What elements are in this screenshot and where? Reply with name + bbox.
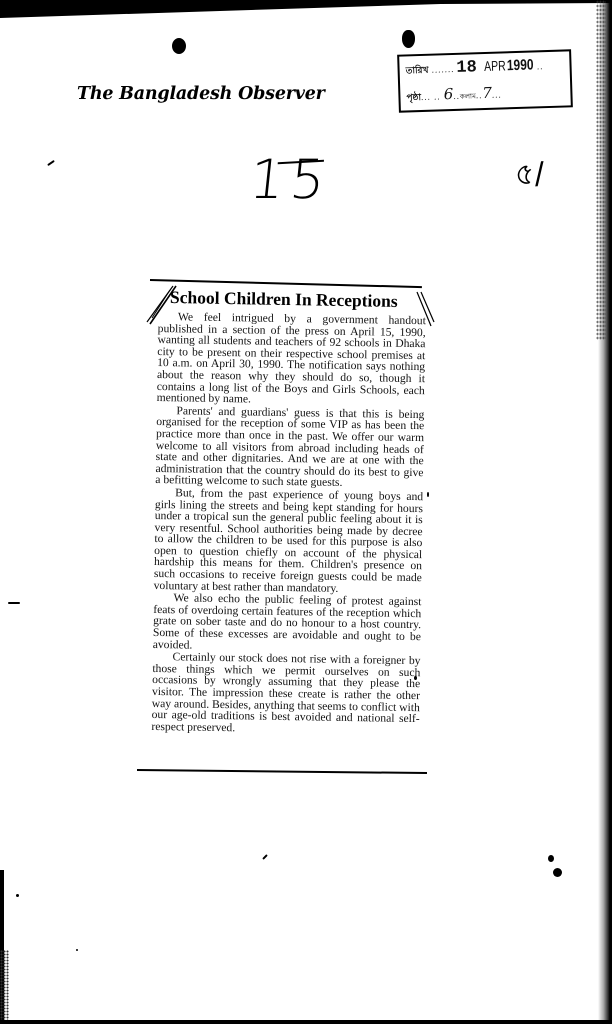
punch-hole-icon bbox=[172, 38, 186, 54]
punch-hole-icon bbox=[402, 30, 415, 48]
stamp-leader-dots: ... bbox=[492, 89, 502, 99]
stamp-column-label: কলাম bbox=[460, 90, 476, 102]
stamp-date-month: APR bbox=[484, 57, 506, 74]
stamp-column-value: 7 bbox=[482, 84, 492, 102]
stamp-page-value: 6 bbox=[443, 85, 453, 103]
scan-edge-top bbox=[0, 0, 612, 20]
stamp-date-year: 1990 bbox=[507, 56, 534, 74]
ink-speck bbox=[16, 894, 19, 897]
stamp-date-label: তারিখ bbox=[405, 63, 428, 79]
article-headline: School Children In Receptions bbox=[170, 287, 398, 312]
article-paragraph: But, from the past experience of young b… bbox=[154, 487, 424, 596]
article-paragraph: Certainly our stock does not rise with a… bbox=[151, 651, 420, 736]
ink-speck bbox=[414, 676, 417, 680]
ink-speck bbox=[553, 868, 562, 877]
handwritten-mark: ৫/ bbox=[513, 149, 546, 202]
stamp-leader-dots: .. bbox=[537, 61, 544, 71]
stamp-leader-dots: ....... bbox=[428, 64, 454, 75]
archive-stamp: তারিখ ....... 18 APR 1990 .. পৃষ্ঠা ... … bbox=[397, 49, 573, 112]
handwritten-filing-number: 15 bbox=[247, 148, 334, 211]
stamp-page-row: পৃষ্ঠা ... .. 6 .. কলাম .. 7 ... bbox=[406, 81, 567, 105]
stamp-date-day: 18 bbox=[456, 58, 477, 78]
stamp-leader-dots: ... .. bbox=[421, 91, 444, 102]
pen-mark bbox=[47, 160, 55, 166]
clipping-bottom-rule bbox=[137, 769, 427, 774]
article-paragraph: We feel intrigued by a government handou… bbox=[157, 311, 426, 408]
scan-edge-noise bbox=[596, 0, 606, 340]
stamp-date-row: তারিখ ....... 18 APR 1990 .. bbox=[405, 55, 566, 79]
ink-speck bbox=[548, 855, 554, 862]
newspaper-masthead: The Bangladesh Observer bbox=[77, 84, 325, 104]
scan-edge-noise bbox=[0, 950, 9, 1024]
pen-mark bbox=[8, 602, 20, 604]
pen-mark bbox=[262, 854, 268, 860]
scan-edge-bottom bbox=[0, 1020, 612, 1024]
stamp-page-label: পৃষ্ঠা bbox=[406, 90, 421, 105]
article-paragraph: Parents' and guardians' guess is that th… bbox=[155, 405, 424, 490]
ink-speck bbox=[76, 949, 78, 951]
ink-speck bbox=[427, 492, 429, 497]
article-paragraph: We also echo the public feeling of prote… bbox=[153, 592, 422, 654]
article-body: We feel intrigued by a government handou… bbox=[151, 311, 426, 737]
